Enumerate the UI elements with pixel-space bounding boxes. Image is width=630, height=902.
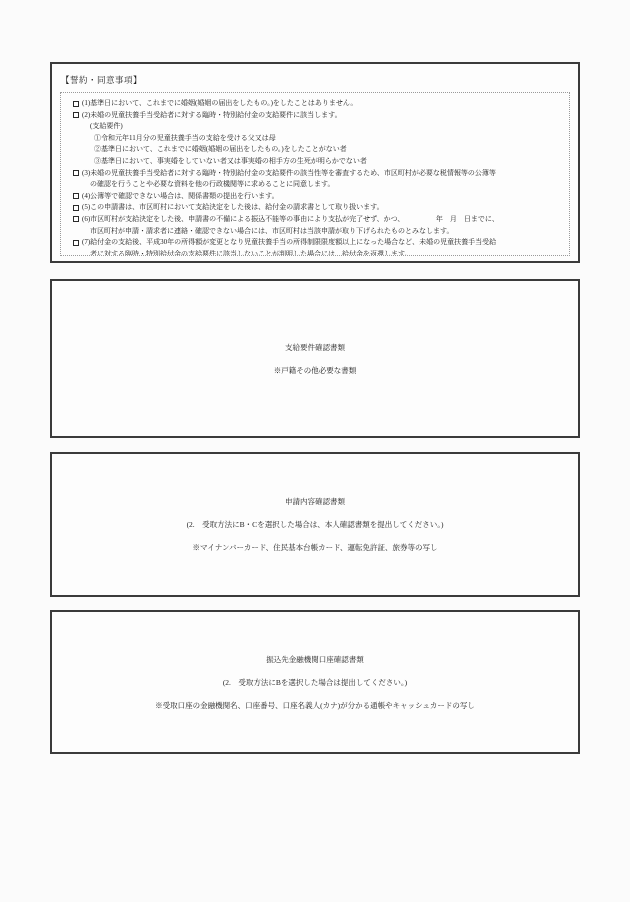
document-title: 支給要件確認書類: [285, 343, 345, 352]
pledge-line: (支給要件): [71, 121, 561, 133]
pledge-section-title: 【誓約・同意事項】: [61, 75, 142, 85]
document-note: ※受取口座の金融機関名、口座番号、口座名義人(カナ)が分かる通帳やキャッシュカー…: [155, 701, 475, 710]
checkbox-icon[interactable]: [73, 193, 79, 199]
checkbox-icon[interactable]: [73, 101, 79, 107]
pledge-line-text: (3)未婚の児童扶養手当受給者に対する臨時・特別給付金の支給要件の該当性等を審査…: [82, 168, 496, 180]
document-box-bank: 振込先金融機関口座確認書類 (2. 受取方法にBを選択した場合は提出してください…: [50, 610, 580, 754]
pledge-line-text: 者に対する臨時・特別給付金の支給要件に該当しないことが判明した場合には、給付金を…: [90, 249, 411, 256]
pledge-line: ①令和元年11月分の児童扶養手当の支給を受ける父又は母: [71, 133, 561, 145]
document-title: 申請内容確認書類: [285, 497, 345, 506]
pledge-line: (1)基準日において、これまでに婚姻(婚姻の届出をしたもの。)をしたことはありま…: [71, 98, 561, 110]
checkbox-icon[interactable]: [73, 112, 79, 118]
pledge-line-text: ③基準日において、事実婚をしていない者又は事実婚の相手方の生死が明らかでない者: [94, 156, 367, 168]
pledge-line-text: (4)公簿等で確認できない場合は、関係書類の提出を行います。: [82, 191, 279, 203]
pledge-line: (2)未婚の児童扶養手当受給者に対する臨時・特別給付金の支給要件に該当します。: [71, 110, 561, 122]
pledge-dotted-area: (1)基準日において、これまでに婚姻(婚姻の届出をしたもの。)をしたことはありま…: [60, 92, 570, 256]
pledge-line: の確認を行うことや必要な資料を他の行政機関等に求めることに同意します。: [71, 179, 561, 191]
document-note: ※戸籍その他必要な書類: [274, 366, 357, 375]
pledge-line: (5)この申請書は、市区町村において支給決定をした後は、給付金の請求書として取り…: [71, 202, 561, 214]
form-page: 【誓約・同意事項】 (1)基準日において、これまでに婚姻(婚姻の届出をしたもの。…: [0, 0, 630, 902]
document-condition: (2. 受取方法にBを選択した場合は提出してください。): [223, 678, 407, 687]
checkbox-icon[interactable]: [73, 205, 79, 211]
pledge-line-text: (7)給付金の支給後、平成30年の所得額が変更となり児童扶養手当の所得制限限度額…: [82, 237, 496, 249]
pledge-line: (4)公簿等で確認できない場合は、関係書類の提出を行います。: [71, 191, 561, 203]
pledge-line-text: (2)未婚の児童扶養手当受給者に対する臨時・特別給付金の支給要件に該当します。: [82, 110, 342, 122]
pledge-line: (3)未婚の児童扶養手当受給者に対する臨時・特別給付金の支給要件の該当性等を審査…: [71, 168, 561, 180]
pledge-line: 者に対する臨時・特別給付金の支給要件に該当しないことが判明した場合には、給付金を…: [71, 249, 561, 256]
pledge-line: ③基準日において、事実婚をしていない者又は事実婚の相手方の生死が明らかでない者: [71, 156, 561, 168]
pledge-line: (7)給付金の支給後、平成30年の所得額が変更となり児童扶養手当の所得制限限度額…: [71, 237, 561, 249]
checkbox-icon[interactable]: [73, 170, 79, 176]
pledge-line-text: (6)市区町村が支給決定をした後、申請書の不備による振込不能等の事由により支払が…: [82, 214, 499, 226]
pledge-line: ②基準日において、これまでに婚姻(婚姻の届出をしたもの。)をしたことがない者: [71, 144, 561, 156]
pledge-line-text: 市区町村が申請・請求者に連絡・確認できない場合には、市区町村は当該申請が取り下げ…: [90, 226, 453, 238]
document-box-identity: 申請内容確認書類 (2. 受取方法にB・Cを選択した場合は、本人確認書類を提出し…: [50, 452, 580, 597]
pledge-line-text: (支給要件): [90, 121, 123, 133]
document-title: 振込先金融機関口座確認書類: [266, 655, 364, 664]
checkbox-icon[interactable]: [73, 216, 79, 222]
pledge-line-text: の確認を行うことや必要な資料を他の行政機関等に求めることに同意します。: [90, 179, 334, 191]
document-box-requirements: 支給要件確認書類 ※戸籍その他必要な書類: [50, 279, 580, 438]
pledge-line: (6)市区町村が支給決定をした後、申請書の不備による振込不能等の事由により支払が…: [71, 214, 561, 226]
pledge-line-list: (1)基準日において、これまでに婚姻(婚姻の届出をしたもの。)をしたことはありま…: [71, 98, 561, 256]
pledge-line-text: ①令和元年11月分の児童扶養手当の支給を受ける父又は母: [94, 133, 276, 145]
document-note: ※マイナンバーカード、住民基本台帳カード、運転免許証、旅券等の写し: [193, 543, 438, 552]
pledge-line-text: (1)基準日において、これまでに婚姻(婚姻の届出をしたもの。)をしたことはありま…: [82, 98, 357, 110]
document-condition: (2. 受取方法にB・Cを選択した場合は、本人確認書類を提出してください。): [187, 520, 444, 529]
checkbox-icon[interactable]: [73, 240, 79, 246]
pledge-line-text: ②基準日において、これまでに婚姻(婚姻の届出をしたもの。)をしたことがない者: [94, 144, 347, 156]
pledge-line: 市区町村が申請・請求者に連絡・確認できない場合には、市区町村は当該申請が取り下げ…: [71, 226, 561, 238]
pledge-line-text: (5)この申請書は、市区町村において支給決定をした後は、給付金の請求書として取り…: [82, 202, 384, 214]
pledge-section: 【誓約・同意事項】 (1)基準日において、これまでに婚姻(婚姻の届出をしたもの。…: [50, 62, 580, 263]
